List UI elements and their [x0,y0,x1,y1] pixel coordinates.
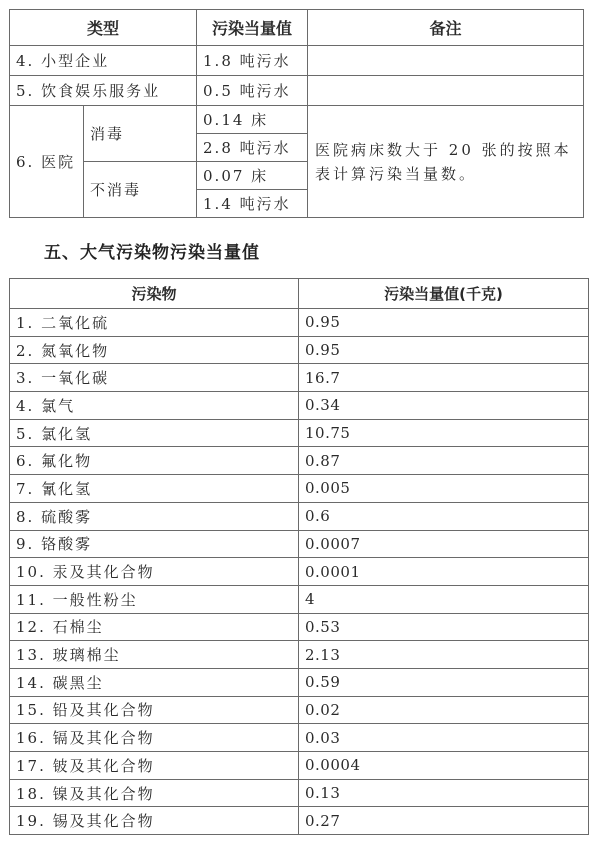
pollutant-value: 0.6 [299,502,589,530]
row-value: 0.5 吨污水 [197,76,308,106]
section-title: 五、大气污染物污染当量值 [44,238,260,263]
pollutant-name: 6. 氟化物 [10,447,299,475]
table-row: 14. 碳黑尘0.59 [10,668,589,696]
hospital-no-disinfect-value: 1.4 吨污水 [197,190,308,218]
table-row: 3. 一氧化碳16.7 [10,364,589,392]
pollutant-name: 15. 铅及其化合物 [10,696,299,724]
pollutant-name: 1. 二氧化硫 [10,309,299,337]
row-type: 4. 小型企业 [10,46,197,76]
table-row: 2. 氮氧化物0.95 [10,336,589,364]
pollutant-value: 10.75 [299,419,589,447]
table-row: 6. 氟化物0.87 [10,447,589,475]
hospital-disinfect-value: 2.8 吨污水 [197,134,308,162]
table-row: 12. 石棉尘0.53 [10,613,589,641]
pollutant-name: 11. 一般性粉尘 [10,585,299,613]
hospital-no-disinfect-value: 0.07 床 [197,162,308,190]
pollutant-value: 0.03 [299,724,589,752]
pollutant-name: 4. 氯气 [10,392,299,420]
pollutant-value: 0.0001 [299,558,589,586]
pollutant-value: 0.53 [299,613,589,641]
pollutant-value: 2.13 [299,641,589,669]
table-header-row: 污染物 污染当量值(千克) [10,279,589,309]
hospital-note: 医院病床数大于 20 张的按照本表计算污染当量数。 [308,106,584,218]
pollutant-name: 14. 碳黑尘 [10,668,299,696]
row-note [308,46,584,76]
row-value: 1.8 吨污水 [197,46,308,76]
header-value: 污染当量值(千克) [299,279,589,309]
table-row: 5. 氯化氢10.75 [10,419,589,447]
hospital-type: 6. 医院 [10,106,84,218]
pollutant-value: 4 [299,585,589,613]
pollutant-value: 0.005 [299,475,589,503]
row-note [308,76,584,106]
header-pollutant: 污染物 [10,279,299,309]
table-row: 5. 饮食娱乐服务业 0.5 吨污水 [10,76,584,106]
table-row: 17. 铍及其化合物0.0004 [10,752,589,780]
pollutant-name: 12. 石棉尘 [10,613,299,641]
hospital-no-disinfect-label: 不消毒 [84,162,197,218]
pollutant-value: 0.95 [299,309,589,337]
pollutant-name: 13. 玻璃棉尘 [10,641,299,669]
pollutant-name: 8. 硫酸雾 [10,502,299,530]
header-value: 污染当量值 [197,10,308,46]
pollutant-value: 0.59 [299,668,589,696]
table-row: 1. 二氧化硫0.95 [10,309,589,337]
table-row: 19. 锡及其化合物0.27 [10,807,589,835]
hospital-disinfect-value: 0.14 床 [197,106,308,134]
pollutant-value: 0.87 [299,447,589,475]
pollutant-name: 17. 铍及其化合物 [10,752,299,780]
pollutant-value: 0.27 [299,807,589,835]
table-row: 7. 氰化氢0.005 [10,475,589,503]
hospital-disinfect-label: 消毒 [84,106,197,162]
table-row: 11. 一般性粉尘4 [10,585,589,613]
water-pollutant-table: 类型 污染当量值 备注 4. 小型企业 1.8 吨污水 5. 饮食娱乐服务业 0… [9,9,584,218]
pollutant-name: 7. 氰化氢 [10,475,299,503]
pollutant-name: 10. 汞及其化合物 [10,558,299,586]
pollutant-value: 0.95 [299,336,589,364]
table-row: 13. 玻璃棉尘2.13 [10,641,589,669]
pollutant-name: 5. 氯化氢 [10,419,299,447]
air-pollutant-table: 污染物 污染当量值(千克) 1. 二氧化硫0.952. 氮氧化物0.953. 一… [9,278,589,835]
pollutant-name: 16. 镉及其化合物 [10,724,299,752]
table-row: 4. 氯气0.34 [10,392,589,420]
pollutant-value: 0.34 [299,392,589,420]
table-header-row: 类型 污染当量值 备注 [10,10,584,46]
table-row: 4. 小型企业 1.8 吨污水 [10,46,584,76]
table-row: 8. 硫酸雾0.6 [10,502,589,530]
pollutant-value: 0.0007 [299,530,589,558]
table-row: 16. 镉及其化合物0.03 [10,724,589,752]
row-type: 5. 饮食娱乐服务业 [10,76,197,106]
table-row: 15. 铅及其化合物0.02 [10,696,589,724]
pollutant-value: 16.7 [299,364,589,392]
pollutant-name: 19. 锡及其化合物 [10,807,299,835]
pollutant-name: 18. 镍及其化合物 [10,779,299,807]
table-row: 9. 铬酸雾0.0007 [10,530,589,558]
pollutant-name: 3. 一氧化碳 [10,364,299,392]
table-row: 18. 镍及其化合物0.13 [10,779,589,807]
table-row-hospital: 6. 医院 消毒 0.14 床 医院病床数大于 20 张的按照本表计算污染当量数… [10,106,584,134]
pollutant-value: 0.02 [299,696,589,724]
pollutant-value: 0.0004 [299,752,589,780]
header-note: 备注 [308,10,584,46]
pollutant-name: 2. 氮氧化物 [10,336,299,364]
pollutant-value: 0.13 [299,779,589,807]
header-type: 类型 [10,10,197,46]
pollutant-name: 9. 铬酸雾 [10,530,299,558]
table-row: 10. 汞及其化合物0.0001 [10,558,589,586]
